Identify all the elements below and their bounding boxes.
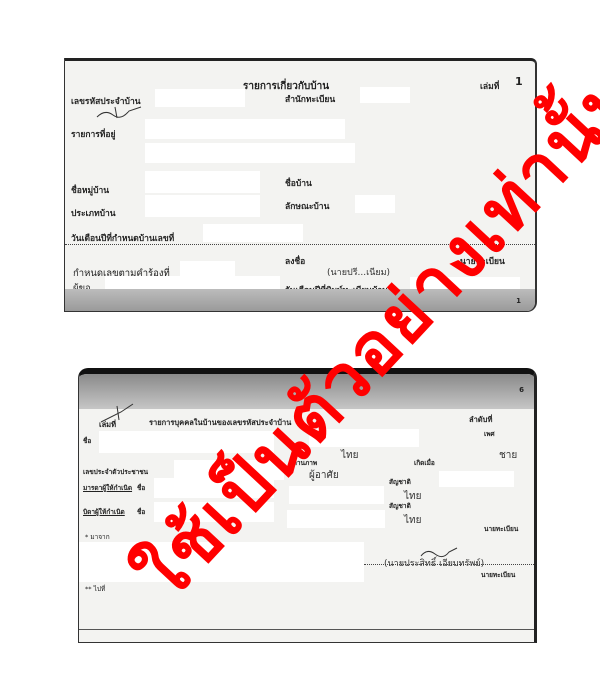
page-footer-band xyxy=(65,289,535,311)
page-number: 1 xyxy=(516,297,521,305)
registrar-name: (นายประสิทธิ์ เอียบทรัพย์) xyxy=(384,556,484,570)
mother-name-label: ชื่อ xyxy=(137,483,145,493)
id-label: เลขประจำตัวประชาชน xyxy=(83,467,148,477)
house-character-label: ลักษณะบ้าน xyxy=(285,199,329,213)
divider xyxy=(65,244,535,245)
registrar-name: (นายปรี...เนียม) xyxy=(327,265,390,279)
father-surname-redacted xyxy=(287,510,385,528)
status-value: ผู้อาศัย xyxy=(309,468,339,483)
status-label: สถานภาพ xyxy=(289,458,317,468)
mother-name-redacted xyxy=(154,478,274,498)
number-assigned-date-redacted xyxy=(203,224,303,242)
registrar-label-top: นายทะเบียน xyxy=(484,524,518,534)
name-redacted xyxy=(99,431,274,453)
registrar-label: นายทะเบียน xyxy=(460,254,505,268)
page-header-band xyxy=(79,374,534,409)
father-label: บิดาผู้ให้กำเนิด xyxy=(83,507,125,517)
moved-from-redacted xyxy=(79,542,364,582)
number-assigned-date-label: วันเดือนปีที่กำหนดบ้านเลขที่ xyxy=(71,231,174,245)
page-title: รายการบุคคลในบ้านของเลขรหัสประจำบ้าน xyxy=(149,417,291,429)
order-label: ลำดับที่ xyxy=(469,414,492,426)
address-label: รายการที่อยู่ xyxy=(71,127,116,141)
book-number: 1 xyxy=(515,75,523,88)
house-name-label: ชื่อบ้าน xyxy=(285,176,312,190)
father-name-redacted xyxy=(154,502,274,522)
house-character-redacted xyxy=(355,195,395,213)
book-label: เล่มที่ xyxy=(99,419,116,431)
nationality-value: ไทย xyxy=(341,448,358,463)
sex-label: เพศ xyxy=(484,429,495,439)
mother-nationality-label: สัญชาติ xyxy=(389,477,411,487)
name-label: ชื่อ xyxy=(83,436,91,446)
address-redacted-2 xyxy=(145,143,355,163)
page-number: 6 xyxy=(519,386,524,394)
house-type-redacted xyxy=(145,195,260,217)
father-nationality-label: สัญชาติ xyxy=(389,501,411,511)
village-name-label: ชื่อหมู่บ้าน xyxy=(71,183,109,197)
house-type-label: ประเภทบ้าน xyxy=(71,206,116,220)
house-details-page: รายการเกี่ยวกับบ้าน เล่มที่ 1 เลขรหัสประ… xyxy=(64,58,537,312)
surname-redacted xyxy=(309,429,419,447)
registry-office-label: สำนักทะเบียน xyxy=(285,92,335,106)
sex-value: ชาย xyxy=(499,448,517,463)
mother-surname-redacted xyxy=(289,486,384,504)
person-details-page: 6 เล่มที่ รายการบุคคลในบ้านของเลขรหัสประ… xyxy=(78,368,537,643)
id-redacted xyxy=(174,460,284,480)
village-name-redacted xyxy=(145,171,260,193)
signature-icon xyxy=(95,105,145,121)
birth-label: เกิดเมื่อ xyxy=(414,458,435,468)
father-name-label: ชื่อ xyxy=(137,507,145,517)
birth-redacted xyxy=(439,471,514,487)
request-no-redacted xyxy=(180,261,235,276)
house-code-redacted xyxy=(155,89,245,107)
mother-label: มารดาผู้ให้กำเนิด xyxy=(83,483,132,493)
book-label: เล่มที่ xyxy=(480,79,499,93)
address-redacted-1 xyxy=(145,119,345,139)
registrar-label-bottom: นายทะเบียน xyxy=(481,570,515,580)
father-nationality-value: ไทย xyxy=(404,513,421,528)
moved-to-label: ** ไปที่ xyxy=(85,584,105,594)
moved-from-label: * มาจาก xyxy=(85,532,110,542)
registry-office-redacted xyxy=(360,87,410,103)
signed-label: ลงชื่อ xyxy=(285,254,305,268)
bottom-rule xyxy=(79,629,534,630)
